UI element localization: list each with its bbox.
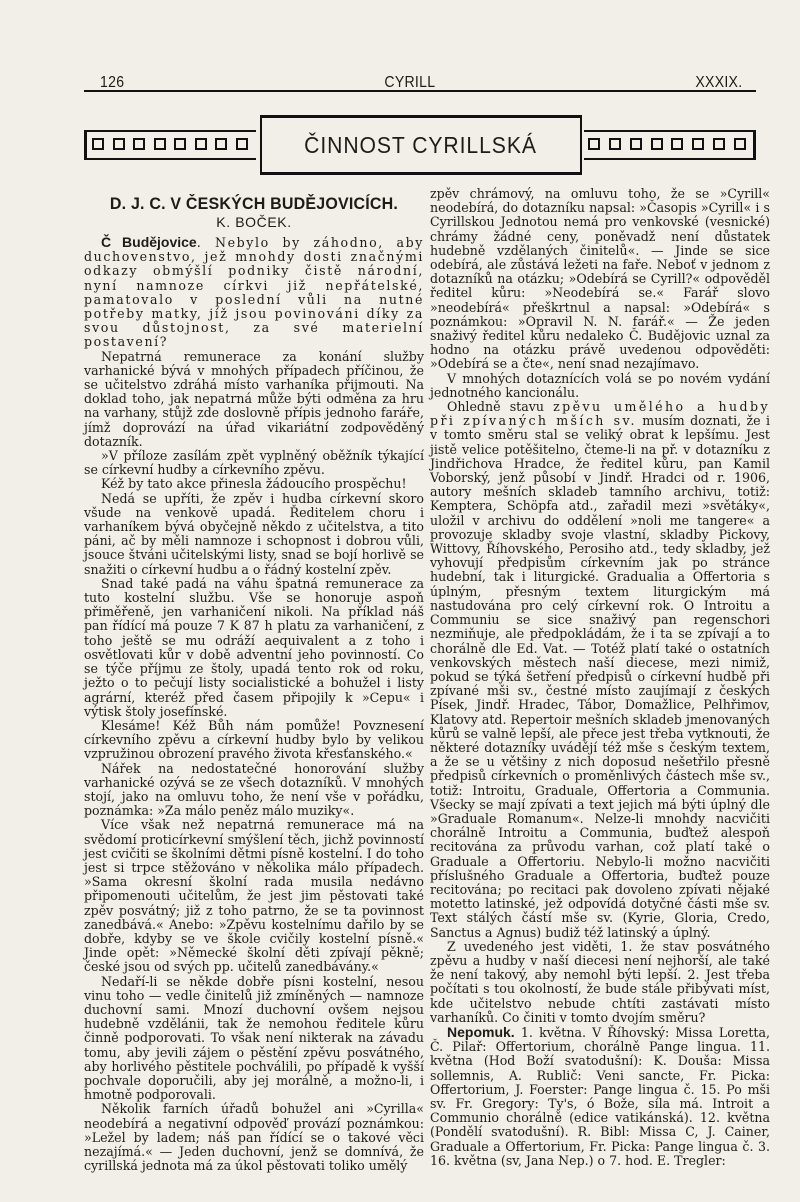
paragraph: Nářek na nedostatečné honorování služby … <box>84 762 424 819</box>
paragraph: Klesáme! Kéž Bůh nám pomůže! Povznesení … <box>84 719 424 762</box>
paragraph: Z uvedeného jest viděti, 1. že stav posv… <box>430 940 770 1025</box>
lead-text: . Nebylo by záhodno, aby duchovenstvo, j… <box>84 235 424 349</box>
lead-place: Č Budějovice <box>101 234 197 250</box>
square-ornament-icon <box>154 138 166 150</box>
nepomuk-paragraph: Nepomuk. 1. května. V Říhovský: Missa Lo… <box>430 1025 770 1168</box>
ornament-left <box>84 130 256 160</box>
paragraph: Kéž by tato akce přinesla žádoucího pros… <box>84 477 424 491</box>
square-ornament-icon <box>133 138 145 150</box>
lead-paragraph: Č Budějovice. Nebylo by záhodno, aby duc… <box>84 235 424 350</box>
square-ornament-icon <box>113 138 125 150</box>
nepomuk-text: 1. května. V Říhovský: Missa Loretta, Č.… <box>430 1025 770 1168</box>
section-title: ČINNOST CYRILLSKÁ <box>305 132 538 159</box>
nepomuk-place: Nepomuk. <box>447 1024 515 1040</box>
text-run: Ohledně stavu <box>447 399 553 414</box>
square-ornament-icon <box>630 138 642 150</box>
right-column: zpěv chrámový, na omluvu toho, že se »Cy… <box>430 187 770 1168</box>
paragraph: Nepatrná remunerace za konání služby var… <box>84 350 424 449</box>
square-ornament-icon <box>609 138 621 150</box>
square-ornament-icon <box>713 138 725 150</box>
ornament-right <box>584 130 756 160</box>
paragraph: Snad také padá na váhu špatná remunerace… <box>84 577 424 719</box>
left-column: D. J. C. V ČESKÝCH BUDĚJOVICÍCH. K. BOČE… <box>84 190 424 1173</box>
square-ornament-icon <box>651 138 663 150</box>
running-head: 126 CYRILL XXXIX. <box>100 70 742 92</box>
paragraph: Nedaří-li se někde dobře písni kostelní,… <box>84 975 424 1103</box>
section-title-box: ČINNOST CYRILLSKÁ <box>260 115 582 175</box>
paragraph: »V příloze zasílám zpět vyplněný oběžník… <box>84 449 424 477</box>
square-ornament-icon <box>174 138 186 150</box>
journal-page: 126 CYRILL XXXIX. ČINNOST CYRILLSKÁ <box>0 0 800 1202</box>
square-ornament-icon <box>92 138 104 150</box>
article-author: K. BOČEK. <box>84 214 424 231</box>
square-ornament-icon <box>195 138 207 150</box>
paragraph-continuation: zpěv chrámový, na omluvu toho, že se »Cy… <box>430 187 770 372</box>
header-rule <box>84 90 756 92</box>
square-ornament-icon <box>692 138 704 150</box>
section-banner: ČINNOST CYRILLSKÁ <box>84 115 756 175</box>
paragraph: Několik farních úřadů bohužel ani »Cyril… <box>84 1102 424 1173</box>
square-ornament-icon <box>215 138 227 150</box>
text-run: musím doznati, že i v tomto směru stal s… <box>430 413 770 939</box>
square-ornament-icon <box>588 138 600 150</box>
article-title: D. J. C. V ČESKÝCH BUDĚJOVICÍCH. <box>89 194 419 214</box>
paragraph: Ohledně stavu zpěvu umělého a hudby při … <box>430 400 770 940</box>
paragraph: V mnohých dotaznících volá se po novém v… <box>430 372 770 400</box>
square-ornament-icon <box>671 138 683 150</box>
square-ornament-icon <box>236 138 248 150</box>
paragraph: Více však než nepatrná remunerace má na … <box>84 818 424 974</box>
square-ornament-icon <box>734 138 746 150</box>
paragraph: Nedá se upříti, že zpěv i hudba církevní… <box>84 492 424 577</box>
